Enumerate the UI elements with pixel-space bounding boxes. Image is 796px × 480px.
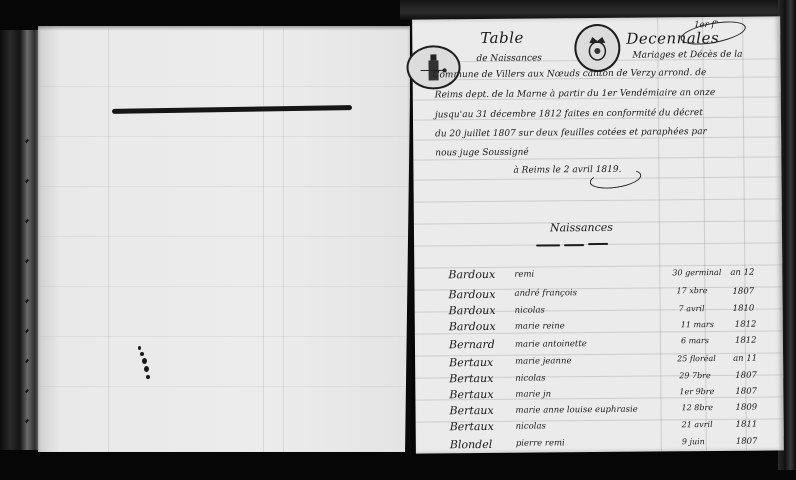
crown-seal-stamp: [574, 24, 620, 72]
ink-blot: [138, 346, 150, 386]
entry-year: 1812: [735, 337, 757, 346]
title-word-table: Table: [480, 31, 524, 46]
entry-given-name: nicolas: [515, 306, 545, 315]
entry-surname: Bertaux: [449, 389, 493, 400]
right-page: 1er f° Table Decennales de Naissances Ma…: [412, 16, 784, 453]
entry-date: 30 germinal: [672, 269, 721, 277]
entry-date: 29 7bre: [679, 372, 711, 380]
entry-surname: Bardoux: [449, 305, 496, 316]
entry-date: 11 mars: [681, 321, 714, 329]
allegorical-figure-stamp: [406, 45, 460, 89]
ruled-line: [38, 386, 410, 387]
ruled-line: [108, 26, 109, 452]
ruled-line: [38, 336, 410, 337]
entry-year: 1809: [735, 404, 757, 413]
entry-year: 1811: [736, 421, 758, 430]
document-viewer: 1er f° Table Decennales de Naissances Ma…: [0, 0, 796, 480]
header-mariages-deces: Mariages et Décès de la: [632, 51, 742, 61]
header-dept-line: Reims dept. de la Marne à partir du 1er …: [435, 89, 715, 100]
binding-mark: [25, 179, 29, 183]
header-naissances: de Naissances: [476, 54, 542, 64]
entry-given-name: marie jn: [515, 390, 551, 399]
entry-given-name: marie antoinette: [515, 340, 587, 349]
entry-given-name: andré françois: [514, 289, 577, 298]
entry-year: 1807: [736, 438, 758, 447]
ruled-line: [283, 26, 284, 452]
left-page: [38, 26, 410, 452]
entry-date: 1er 9bre: [679, 388, 714, 396]
title-word-decennales: Decennales: [626, 31, 719, 47]
section-title: Naissances: [550, 222, 613, 234]
entry-given-name: nicolas: [515, 374, 545, 383]
entry-date: 6 mars: [681, 337, 709, 345]
binding-mark: [25, 259, 29, 263]
entry-date: 9 juin: [682, 438, 705, 446]
entry-date: 21 avril: [682, 421, 713, 429]
entry-date: 12 8bre: [681, 404, 713, 412]
entry-surname: Bardoux: [449, 321, 496, 332]
entry-surname: Bertaux: [450, 421, 494, 432]
ruled-line: [38, 136, 410, 137]
binding-mark: [25, 359, 29, 363]
section-underline: [564, 244, 584, 246]
entry-given-name: marie anne louise euphrasie: [515, 406, 637, 416]
ruled-line: [38, 236, 410, 237]
entry-surname: Blondel: [450, 439, 492, 450]
ruled-line: [38, 186, 410, 187]
entry-surname: Bernard: [449, 339, 495, 350]
crown-icon: [583, 33, 611, 63]
binding-mark: [25, 299, 29, 303]
section-underline: [536, 244, 560, 246]
entry-date: 25 floréal: [677, 355, 716, 363]
entry-year: 1812: [735, 321, 757, 330]
entry-given-name: marie reine: [515, 322, 565, 331]
entry-surname: Bertaux: [449, 357, 493, 368]
header-period-line: jusqu'au 31 décembre 1812 faites en conf…: [435, 109, 703, 120]
entry-surname: Bardoux: [448, 289, 495, 300]
entry-given-name: remi: [514, 271, 534, 280]
ruled-line: [38, 86, 410, 87]
entry-year: an 12: [730, 269, 754, 278]
ruled-line: [263, 26, 264, 452]
entry-year: 1807: [735, 388, 757, 397]
entry-surname: Bertaux: [449, 373, 493, 384]
header-judge-line: nous juge Soussigné: [435, 149, 528, 159]
entry-given-name: pierre remi: [516, 439, 565, 448]
entry-date: 17 xbre: [676, 287, 707, 295]
binding-mark: [25, 139, 29, 143]
entry-year: an 11: [733, 355, 757, 364]
entry-year: 1810: [733, 305, 755, 314]
ink-rule-stroke: [112, 105, 352, 114]
entry-date: 7 avril: [679, 305, 705, 313]
section-underline: [588, 243, 608, 245]
entry-year: 1807: [735, 372, 757, 381]
entry-surname: Bertaux: [449, 405, 493, 416]
entry-surname: Bardoux: [448, 269, 495, 280]
binding-mark: [25, 419, 29, 423]
entry-year: 1807: [732, 288, 754, 297]
entry-given-name: nicolas: [516, 422, 546, 431]
entry-given-name: marie jeanne: [515, 357, 571, 366]
header-commune-line: Commune de Villers aux Nœuds canton de V…: [433, 69, 707, 80]
binding-mark: [25, 389, 29, 393]
binding-mark: [25, 219, 29, 223]
ruled-line: [38, 286, 410, 287]
binding-mark: [25, 329, 29, 333]
